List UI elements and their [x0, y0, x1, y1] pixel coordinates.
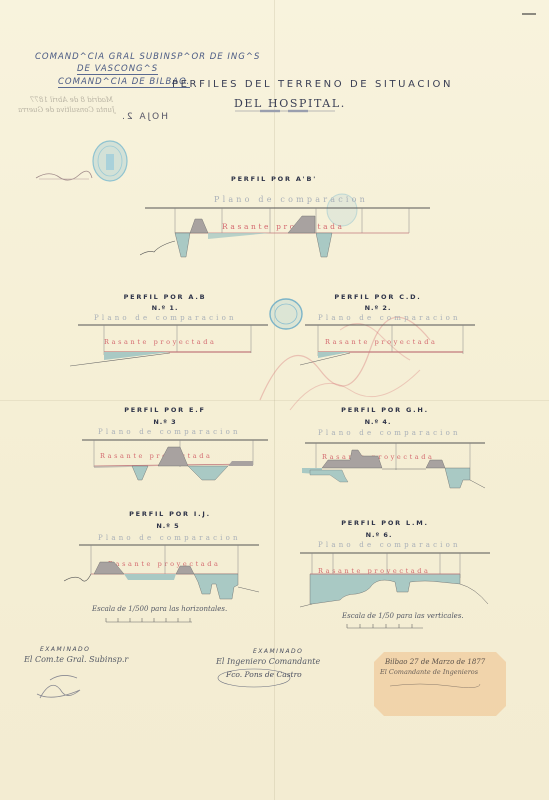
profile-4-drawing	[300, 440, 490, 492]
right-signature-role: El Comandante de Ingenieros	[380, 668, 478, 676]
mirrored-handwritten-note-1: Madrid 8 de Abril 1877	[30, 96, 113, 104]
profile-3-drawing	[80, 437, 270, 487]
profile-1-drawing	[70, 322, 270, 372]
page-title-line-1: PERFILES DEL TERRENO DE SITUACION	[172, 79, 453, 90]
blue-seal-stamp-left	[90, 138, 130, 184]
profile-1-number: N.º 1.	[145, 304, 185, 312]
command-line-1: COMAND^CIA GRAL SUBINSP^OR DE ING^S	[35, 52, 260, 62]
profile-2-drawing	[300, 322, 480, 372]
profile-3-plano: Plano de comparacion	[98, 428, 241, 436]
vertical-scale-bar	[345, 622, 425, 630]
signature-center-heading: EXAMINADO	[253, 648, 303, 655]
command-line-2: DE VASCONG^S	[77, 64, 158, 75]
profile-main-title: PERFIL POR A'B'	[214, 175, 334, 183]
profile-main-plano: Plano de comparacion	[214, 195, 368, 204]
title-ornament	[230, 108, 340, 114]
profile-3-title: PERFIL POR E.F	[105, 406, 225, 414]
profile-6-drawing	[300, 552, 500, 617]
profile-4-number: N.º 4.	[358, 418, 398, 426]
sheet-label-mirrored: HOJA 2.	[120, 112, 168, 122]
profile-2-plano: Plano de comparacion	[318, 314, 461, 322]
profile-4-title: PERFIL POR G.H.	[325, 406, 445, 414]
profile-6-title: PERFIL POR L.M.	[325, 519, 445, 527]
profile-main-drawing	[140, 205, 440, 265]
profile-6-number: N.º 6.	[359, 531, 399, 539]
profile-5-plano: Plano de comparacion	[98, 534, 241, 542]
profile-5-drawing	[64, 544, 264, 604]
horizontal-scale-bar	[104, 616, 194, 624]
document-sheet: COMAND^CIA GRAL SUBINSP^OR DE ING^S DE V…	[0, 0, 549, 800]
vertical-scale-label: Escala de 1/50 para las verticales.	[342, 612, 464, 620]
profile-3-number: N.º 3	[145, 418, 185, 426]
horizontal-scale-label: Escala de 1/500 para las horizontales.	[92, 605, 227, 613]
command-line-3: COMAND^CIA DE BILBAO.	[58, 77, 190, 88]
signature-scrawl-left	[34, 168, 94, 182]
mirrored-handwritten-note-2: Junta Consultiva de Guerra	[18, 106, 115, 114]
corner-ink-mark	[520, 10, 540, 18]
signature-left-heading: EXAMINADO	[40, 646, 90, 653]
signature-left-scrawl	[32, 670, 92, 705]
profile-2-number: N.º 2.	[358, 304, 398, 312]
profile-4-plano: Plano de comparacion	[318, 429, 461, 437]
profile-5-title: PERFIL POR I.J.	[110, 510, 230, 518]
profile-2-title: PERFIL POR C.D.	[318, 293, 438, 301]
profile-5-number: N.º 5	[148, 522, 188, 530]
profile-1-plano: Plano de comparacion	[94, 314, 237, 322]
date-place-line: Bilbao 27 de Marzo de 1877	[385, 658, 485, 666]
signature-center-flourish	[214, 664, 324, 690]
signature-left-role: El Com.te Gral. Subinsp.r	[24, 655, 128, 664]
profile-6-plano: Plano de comparacion	[318, 541, 461, 549]
profile-1-title: PERFIL POR A.B	[105, 293, 225, 301]
